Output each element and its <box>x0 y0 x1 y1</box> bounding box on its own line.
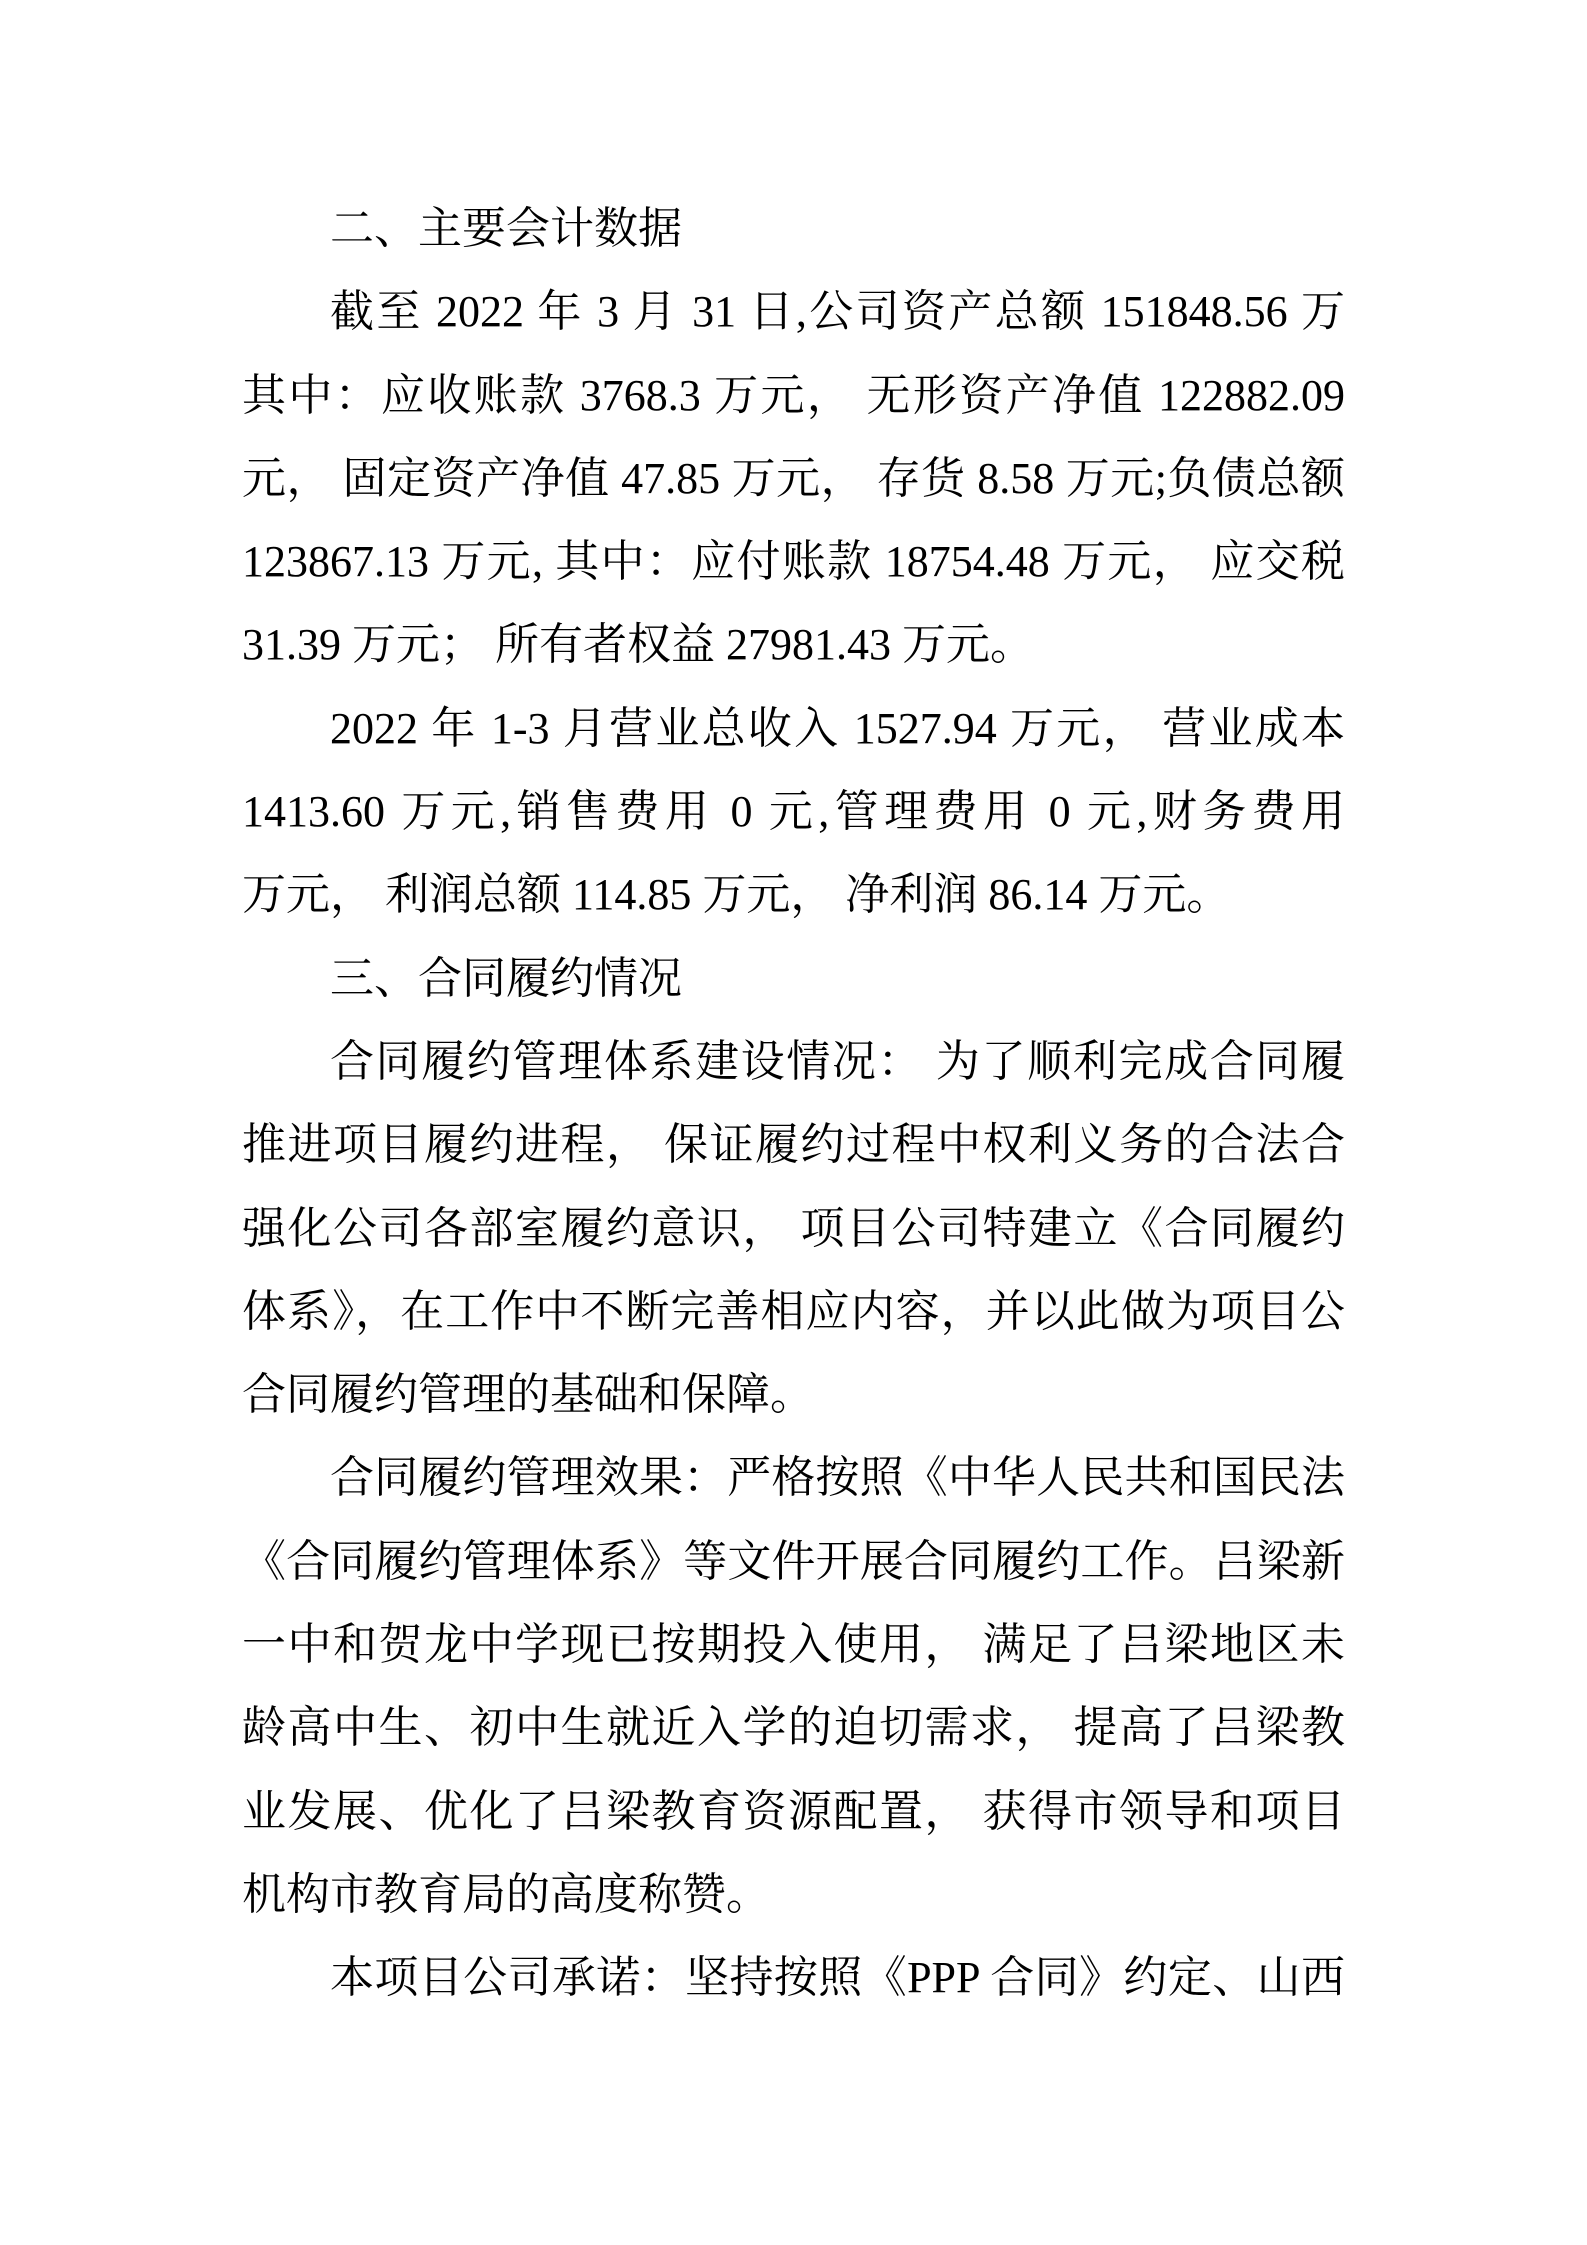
text-line: 推进项目履约进程， 保证履约过程中权利义务的合法合规, <box>242 1103 1345 1186</box>
document-page: 二、主要会计数据 截至 2022 年 3 月 31 日,公司资产总额 15184… <box>0 0 1587 2245</box>
text-line: 合同履约管理体系建设情况： 为了顺利完成合同履约, <box>242 1020 1345 1103</box>
text-line: 其中：应收账款 3768.3 万元， 无形资产净值 122882.09 万 <box>242 354 1345 437</box>
text-line: 强化公司各部室履约意识， 项目公司特建立《合同履约管理 <box>242 1187 1345 1270</box>
text-line: 《合同履约管理体系》等文件开展合同履约工作。吕梁新城 <box>242 1520 1345 1603</box>
text-line: 本项目公司承诺：坚持按照《PPP 合同》约定、山西建 <box>242 1936 1345 2019</box>
section-heading-contract-performance: 三、合同履约情况 <box>242 937 1345 1020</box>
text-line: 龄高中生、初中生就近入学的迫切需求， 提高了吕梁教育事 <box>242 1686 1345 1769</box>
text-line: 万元， 利润总额 114.85 万元， 净利润 86.14 万元。 <box>242 853 1345 936</box>
text-line: 合同履约管理的基础和保障。 <box>242 1353 1345 1436</box>
text-line: 合同履约管理效果：严格按照《中华人民共和国民法典》、 <box>242 1436 1345 1519</box>
text-line: 机构市教育局的高度称赞。 <box>242 1853 1345 1936</box>
text-line: 123867.13 万元, 其中：应付账款 18754.48 万元， 应交税费 <box>242 520 1345 603</box>
text-line: 业发展、优化了吕梁教育资源配置， 获得市领导和项目实施 <box>242 1770 1345 1853</box>
text-block: 二、主要会计数据 截至 2022 年 3 月 31 日,公司资产总额 15184… <box>242 187 1345 2020</box>
text-line: 截至 2022 年 3 月 31 日,公司资产总额 151848.56 万元, <box>242 270 1345 353</box>
text-line: 元， 固定资产净值 47.85 万元， 存货 8.58 万元;负债总额 <box>242 437 1345 520</box>
text-line: 31.39 万元； 所有者权益 27981.43 万元。 <box>242 603 1345 686</box>
text-line: 1413.60 万元,销售费用 0 元,管理费用 0 元,财务费用 474.77 <box>242 770 1345 853</box>
text-line: 体系》，在工作中不断完善相应内容，并以此做为项目公司 <box>242 1270 1345 1353</box>
text-line: 2022 年 1-3 月营业总收入 1527.94 万元， 营业成本 <box>242 687 1345 770</box>
section-heading-accounting-data: 二、主要会计数据 <box>242 187 1345 270</box>
text-line: 一中和贺龙中学现已按期投入使用， 满足了吕梁地区未来适 <box>242 1603 1345 1686</box>
